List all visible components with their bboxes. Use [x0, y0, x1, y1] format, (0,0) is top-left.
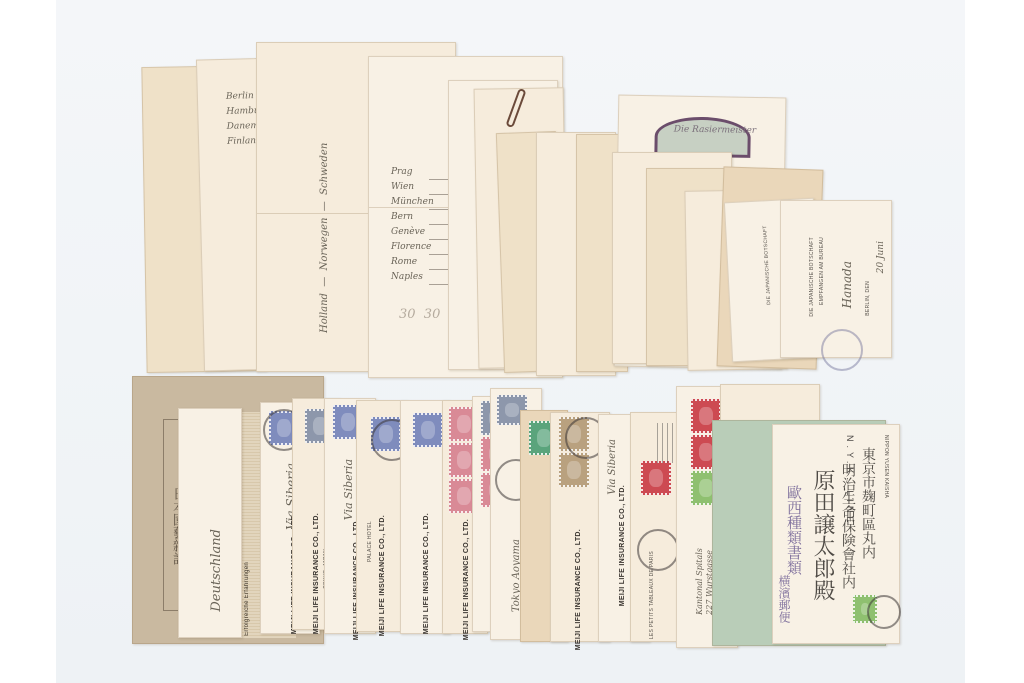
embassy-reception-card: DIE JAPANISCHE BOTSCHAFT EMPFANGEN AM BU… — [780, 200, 892, 358]
envelope-handwriting: Via Siberia — [341, 459, 357, 520]
nyk-purple-stamp: 歐西種類書類 — [785, 485, 803, 575]
company-name: MEIJI LIFE INSURANCE CO., LTD. — [313, 513, 320, 634]
embassy-heading: DIE JAPANISCHE BOTSCHAFT — [809, 237, 815, 317]
photo-surface: Berlin Hamburg Danemark Finland Holland … — [56, 0, 965, 683]
envelope-deutschland: Deutschland — [178, 408, 242, 638]
nyk-purple-stamp-2: 横濱郵便 — [775, 575, 793, 623]
company-name: MEIJI LIFE INSURANCE CO., LTD. — [619, 485, 626, 606]
seal-text: Die Rasiermeister — [674, 124, 757, 137]
company-name: MEIJI LIFE INSURANCE CO., LTD. — [575, 529, 582, 650]
stamp — [413, 413, 443, 447]
postmark — [637, 529, 679, 571]
embassy-location: BERLIN, DEN — [865, 281, 871, 316]
newspaper-heading: Erfolgreiche Erfahrungen — [244, 562, 250, 636]
company-name: MEIJI LIFE INSURANCE CO., LTD. — [379, 515, 386, 636]
company-name: MEIJI LIFE INSURANCE CO., LTD. — [463, 519, 470, 640]
embassy-subheading: EMPFANGEN AM BUREAU — [819, 237, 825, 305]
handwriting-vertical-notes: Holland — Norwegen — Schweden — [317, 83, 333, 333]
embassy-postmark — [821, 329, 863, 371]
palace-hotel-text: PALACE HOTEL — [367, 521, 373, 562]
embassy-date: 20 Juni — [873, 241, 889, 273]
pencil-numbers: 30 30 — [399, 307, 440, 323]
stamp — [641, 461, 671, 495]
company-name: MEIJI LIFE INSURANCE CO., LTD. — [423, 513, 430, 634]
nyk-line-envelope: N.Y.K. LINE NIPPON YUSEN KAISHA 東京市麹町區丸内… — [772, 424, 900, 644]
embassy-handwritten-name: Hanada — [839, 261, 855, 308]
nyk-company: 明治生命保険會社内 — [839, 463, 857, 589]
nyk-subheader: NIPPON YUSEN KAISHA — [883, 435, 889, 498]
postmark — [867, 595, 901, 629]
envelope-handwriting: Deutschland — [209, 529, 225, 612]
nyk-address: 東京市麹町區丸内 — [859, 447, 877, 559]
handwriting-city-list: Prag Wien München Bern Genève Florence R… — [391, 165, 434, 285]
embassy-heading: DIE JAPANISCHE BOTSCHAFT — [762, 225, 772, 305]
envelope-back — [720, 384, 820, 424]
tableaux-text: LES PETITS TABLEAUX DE PARIS — [649, 551, 655, 639]
nyk-recipient: 原田譲太郎殿 — [807, 469, 837, 601]
